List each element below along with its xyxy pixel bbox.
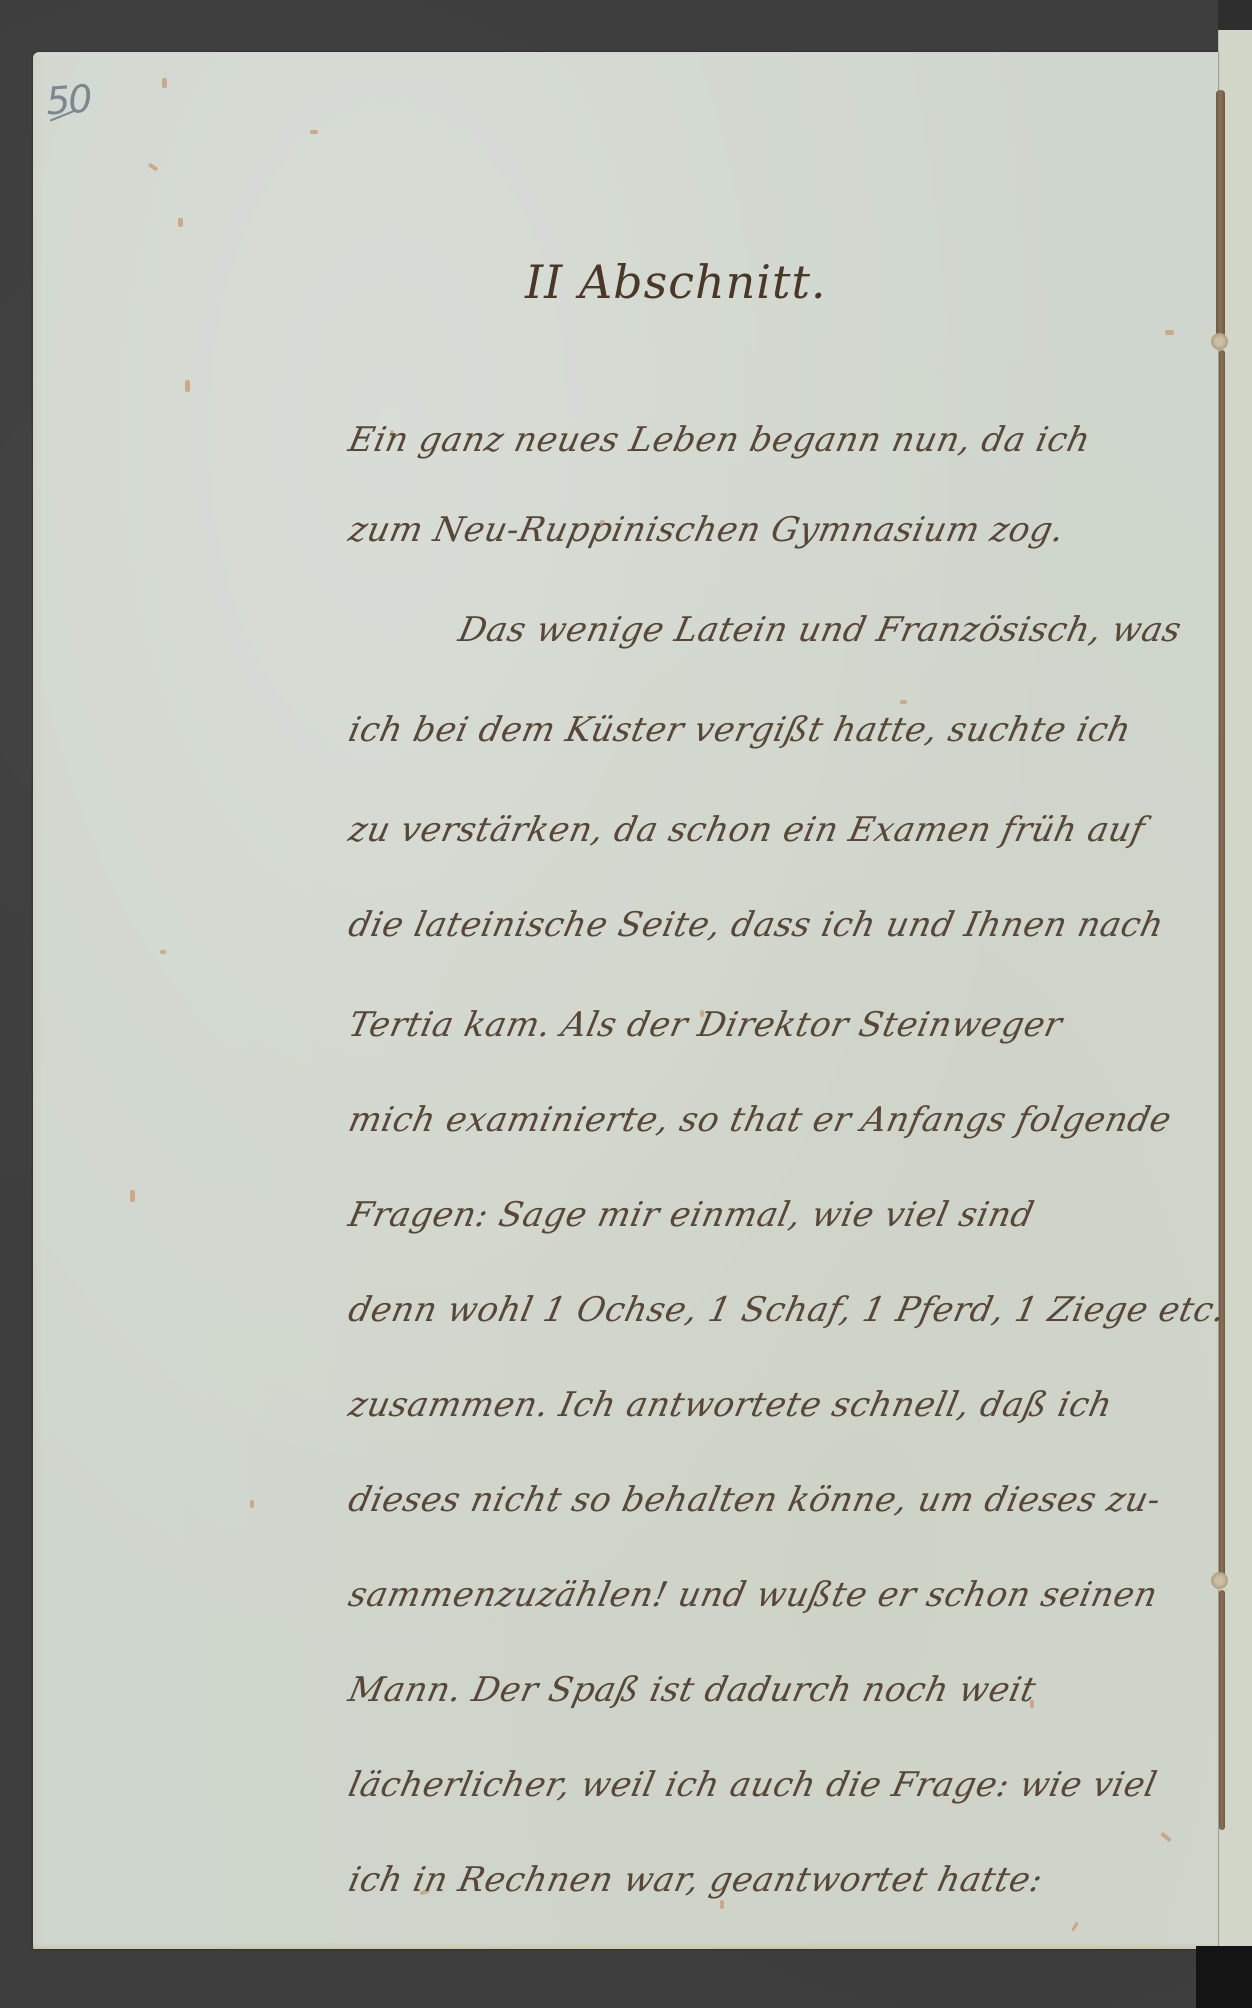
binding-knot	[1211, 333, 1228, 350]
text-line: Ein ganz neues Leben begann nun, da ich	[345, 420, 1094, 460]
binding-thread	[1216, 90, 1225, 340]
binding-knot	[1211, 1572, 1228, 1589]
binding-thread	[1219, 1590, 1225, 1830]
paper-speck	[1165, 330, 1174, 335]
text-line: mich examinierte, so that er Anfangs fol…	[345, 1100, 1175, 1140]
gutter-shadow-bottom	[1196, 1946, 1252, 2008]
text-line: lächerlicher, weil ich auch die Frage: w…	[345, 1765, 1161, 1805]
paper-speck	[900, 700, 907, 704]
text-line: zum Neu-Ruppinischen Gymnasium zog.	[345, 510, 1068, 550]
text-line: ich bei dem Küster vergißt hatte, suchte…	[345, 710, 1135, 750]
paper-speck	[162, 78, 167, 88]
paper-speck	[130, 1190, 135, 1202]
text-line: zu verstärken, da schon ein Examen früh …	[345, 810, 1149, 850]
paper-speck	[310, 130, 318, 134]
paper-speck	[185, 380, 190, 392]
text-line: sammenzuzählen! und wußte er schon seine…	[345, 1575, 1161, 1615]
paper-speck	[250, 1500, 254, 1508]
paper-speck	[178, 218, 183, 227]
binding-thread	[1219, 350, 1225, 1580]
folio-number: 50	[45, 77, 92, 124]
text-line: denn wohl 1 Ochse, 1 Schaf, 1 Pferd, 1 Z…	[345, 1290, 1229, 1330]
manuscript-page	[33, 52, 1218, 1949]
text-line: Das wenige Latein und Französisch, was	[455, 610, 1185, 650]
text-line: Mann. Der Spaß ist dadurch noch weit	[345, 1670, 1040, 1710]
text-line: dieses nicht so behalten könne, um diese…	[345, 1480, 1164, 1520]
text-line: Tertia kam. Als der Direktor Steinweger	[345, 1005, 1066, 1045]
page-edge	[33, 1943, 1218, 1949]
text-line: zusammen. Ich antwortete schnell, daß ic…	[345, 1385, 1116, 1425]
section-heading: II Abschnitt.	[525, 255, 827, 309]
text-line: ich in Rechnen war, geantwortet hatte:	[345, 1860, 1046, 1900]
text-line: Fragen: Sage mir einmal, wie viel sind	[345, 1195, 1038, 1235]
paper-speck	[720, 1900, 724, 1909]
gutter-shadow-top	[1218, 0, 1252, 32]
paper-speck	[160, 950, 166, 954]
text-line: die lateinische Seite, dass ich und Ihne…	[345, 905, 1168, 945]
